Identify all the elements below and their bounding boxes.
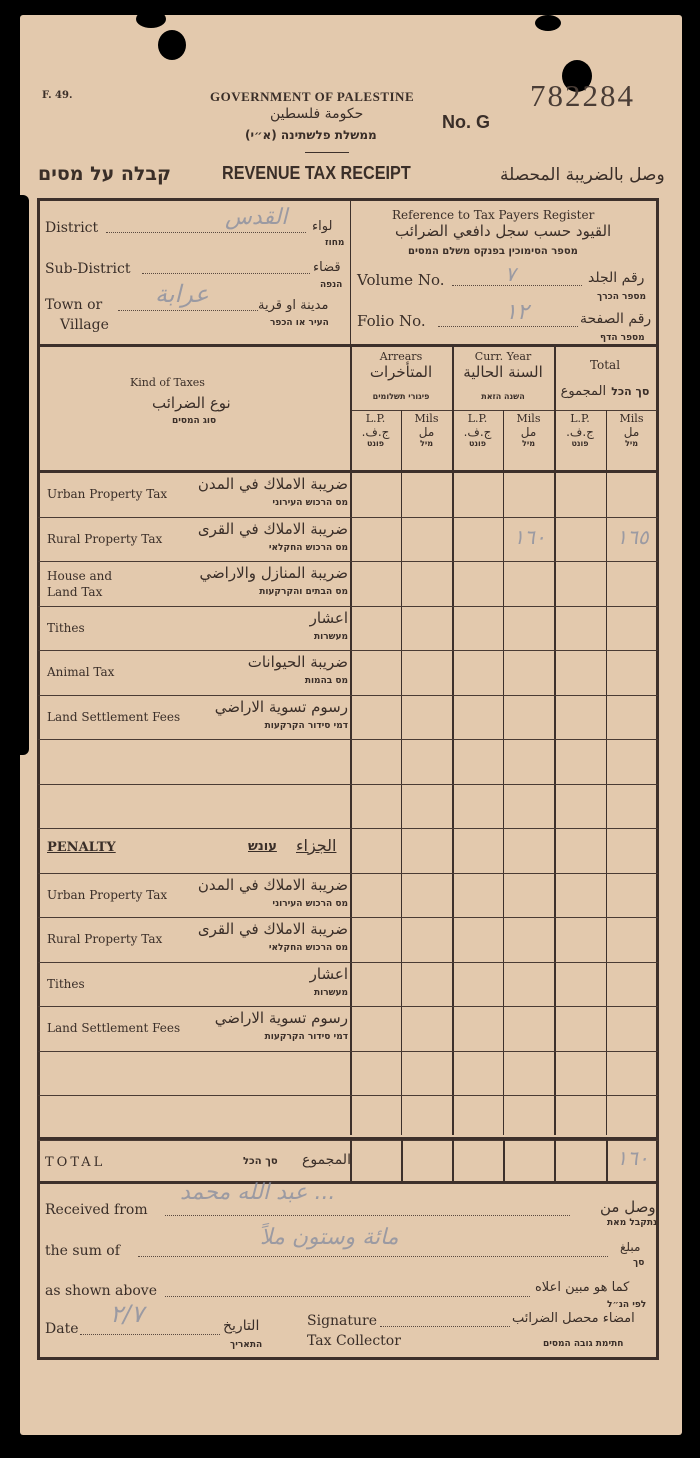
title-he: קבלה על מסים [38,163,171,185]
amount-cell[interactable] [558,658,604,688]
amount-cell[interactable] [507,1014,552,1044]
row-label-ar: ضريبة الاملاك في القرى [198,520,348,538]
sub-col-he: מיל [503,439,554,448]
table-row: Tithesاعشارמעשרות [38,606,658,651]
row-label-he: מעשרות [314,988,348,998]
sum-of-ar: مبلغ [620,1240,640,1254]
total-en: Total [555,358,655,372]
amount-cell[interactable] [507,1059,552,1089]
amount-cell[interactable] [405,480,450,510]
penalty-en: PENALTY [47,840,116,855]
sub-col-ar: مل [401,425,452,439]
amount-cell[interactable] [456,525,501,555]
amount-cell[interactable] [405,881,450,911]
government-en: GOVERNMENT OF PALESTINE [210,89,414,105]
amount-cell[interactable] [558,525,604,555]
town-he: העיר או הכפר [270,318,329,328]
folio-he: מספר הדף [600,333,645,343]
district-field[interactable] [106,232,306,233]
divider [38,344,658,347]
total-he: סך הכל [611,385,649,398]
row-label-en: Land Settlement Fees [47,1021,180,1035]
amount-cell[interactable] [354,480,399,510]
table-row: Urban Property Taxضريبة الاملاك في المدن… [38,472,658,517]
penalty-ar: الجزاء [296,836,336,855]
amount-cell[interactable] [507,569,552,599]
amount-cell[interactable] [456,970,501,1000]
divider [554,1137,556,1181]
kind-of-taxes-he: סוג המסים [172,416,216,426]
amount-cell[interactable] [354,792,399,822]
amount-cell[interactable] [456,1103,501,1133]
amount-cell[interactable] [610,792,655,822]
date-ar: التاريخ [223,1318,259,1334]
sub-col-ar: مل [606,425,657,439]
row-label-en: Tithes [47,621,85,635]
divider [503,1137,505,1181]
volume-ar: رقم الجلد [588,270,644,286]
district-label: District [45,220,98,236]
amount-cell[interactable] [354,1014,399,1044]
town-label-2: Village [60,317,109,333]
amount-cell[interactable] [558,703,604,733]
table-row: Land Settlement Feesرسوم تسوية الاراضيדמ… [38,1006,658,1051]
received-from-value: عبد الله محمد ... [180,1180,335,1205]
row-label-en: House and [47,569,112,583]
amount-cell[interactable] [354,703,399,733]
title-ar: وصل بالضريبة المحصلة [500,165,665,185]
amount-cell[interactable] [456,1014,501,1044]
received-from-ar: وصل من [600,1198,656,1216]
amount-cell[interactable] [456,881,501,911]
received-from-field[interactable] [165,1215,570,1216]
row-label-ar: ضريبة الاملاك في القرى [198,920,348,938]
amount-cell[interactable] [610,658,655,688]
government-ar: حكومة فلسطين [270,106,363,122]
kind-of-taxes-en: Kind of Taxes [130,376,205,389]
tax-collector-label: Tax Collector [307,1333,401,1349]
register-title-he: מספר הסימוכין בפנקס משלם המסים [408,246,578,257]
kind-of-taxes-ar: نوع الضرائب [152,394,231,412]
arrears-en: Arrears [352,350,450,363]
district-ar: لواء [312,219,332,234]
amount-cell[interactable] [507,925,552,955]
date-he: התאריך [230,1340,262,1350]
sub-col-he: מיל [401,439,452,448]
amount-cell[interactable] [558,747,604,777]
amount-cell[interactable] [354,925,399,955]
amount-cell[interactable] [405,703,450,733]
amount-cell[interactable] [558,480,604,510]
district-he: מחוז [325,238,344,248]
column-header-lp: L.P.ج.ف.פונט [452,412,503,448]
table-row [38,739,658,784]
received-from-label: Received from [45,1202,148,1218]
signature-field[interactable] [380,1326,510,1327]
folio-ar: رقم الصفحة [580,311,651,327]
volume-he: מספר הכרך [597,292,646,302]
row-label-ar: اعشار [310,965,348,983]
amount-cell[interactable] [558,925,604,955]
sub-col-en: Mils [503,412,554,425]
row-label-en: Urban Property Tax [47,487,167,501]
divider [38,828,658,829]
amount-cell[interactable] [456,792,501,822]
total-amount-cell[interactable]: ١٦٠ [610,1146,655,1170]
amount-cell[interactable] [558,1103,604,1133]
column-header-mils: Milsملמיל [401,412,452,448]
amount-cell[interactable] [405,1014,450,1044]
amount-cell[interactable] [456,658,501,688]
amount-cell[interactable]: ١٦٥ [610,525,655,555]
amount-cell[interactable] [405,792,450,822]
amount-cell[interactable] [610,614,655,644]
row-label-ar: ضريبة المنازل والاراضي [199,564,348,582]
row-label-ar: ضريبة الاملاك في المدن [198,876,348,894]
amount-cell[interactable] [456,480,501,510]
as-shown-ar: كما هو مبين اعلاه [535,1280,629,1295]
town-ar: مدينة او قرية [258,298,328,313]
divider [350,200,351,345]
sum-of-he: סך [633,1258,644,1268]
total-row-en: TOTAL [45,1155,105,1170]
row-label-he: מס הרכוש החקלאי [269,543,348,553]
row-label-ar: اعشار [310,609,348,627]
amount-cell[interactable] [558,881,604,911]
serial-number: 782284 [530,78,635,114]
table-row: Rural Property Taxضريبة الاملاك في القرى… [38,517,658,562]
amount-cell[interactable] [354,614,399,644]
sub-district-label: Sub-District [45,261,130,277]
town-value: عرابة [155,280,209,308]
table-row: Rural Property Taxضريبة الاملاك في القرى… [38,917,658,962]
sub-col-ar: ج.ف. [554,425,606,439]
sub-col-ar: مل [503,425,554,439]
series-label: No. G [442,112,490,133]
sub-col-en: Mils [401,412,452,425]
amount-cell[interactable] [507,480,552,510]
title-en: REVENUE TAX RECEIPT [222,163,411,184]
punch-hole [136,10,166,28]
sub-col-en: Mils [606,412,657,425]
divider [401,1137,403,1181]
row-label-en: Tithes [47,977,85,991]
amount-cell[interactable] [558,970,604,1000]
sub-col-en: L.P. [452,412,503,425]
column-header-lp: L.P.ج.ف.פונט [350,412,401,448]
amount-cell[interactable] [405,1059,450,1089]
amount-cell[interactable] [405,614,450,644]
sub-district-field[interactable] [142,273,310,274]
row-label-en: Urban Property Tax [47,888,167,902]
column-header-lp: L.P.ج.ف.פונט [554,412,606,448]
amount-cell[interactable] [558,1059,604,1089]
volume-field[interactable] [452,285,582,286]
table-row: Tithesاعشارמעשרות [38,962,658,1007]
as-shown-he: לפי הנ״ל [607,1300,646,1310]
sub-col-en: L.P. [554,412,606,425]
sub-col-ar: ج.ف. [350,425,401,439]
table-row [38,1051,658,1096]
amount-cell[interactable] [405,747,450,777]
folio-field[interactable] [438,326,578,327]
folio-label: Folio No. [357,312,426,330]
sub-district-ar: قضاء [313,260,341,275]
row-label-he: מס הבתים והקרקעות [259,587,348,597]
amount-cell[interactable] [558,614,604,644]
row-label-en: Land Tax [47,585,102,599]
signature-label: Signature [307,1313,377,1329]
government-he: ממשלת פלשתינה (א״י) [245,128,377,142]
divider [38,1137,658,1140]
row-label-ar: ضريبة الاملاك في المدن [198,475,348,493]
curr-year-en: Curr. Year [454,350,552,363]
total-ar-he: סך הכל المجموع [555,380,655,399]
amount-cell[interactable] [610,1059,655,1089]
total-row-he: סך הכל [243,1156,278,1167]
amount-cell[interactable] [558,792,604,822]
amount-cell[interactable] [610,970,655,1000]
amount-cell[interactable] [610,569,655,599]
form-number: F. 49. [42,90,72,101]
register-title-ar: القيود حسب سجل دافعي الضرائب [395,222,611,240]
amount-cell[interactable] [405,925,450,955]
amount-cell[interactable] [610,747,655,777]
divider [606,1137,608,1181]
amount-cell[interactable] [507,614,552,644]
sub-col-ar: ج.ف. [452,425,503,439]
row-label-ar: ضريبة الحيوانات [248,653,348,671]
amount-cell[interactable] [354,970,399,1000]
volume-label: Volume No. [357,271,444,289]
amount-cell[interactable] [354,525,399,555]
amount-cell[interactable] [456,614,501,644]
sub-col-he: פונט [350,439,401,448]
date-field[interactable] [80,1334,220,1335]
table-row [38,784,658,829]
row-label-he: דמי סידור הקרקעות [265,1032,348,1042]
amount-cell[interactable] [610,925,655,955]
arrears-he: פיגורי תשלומים [352,392,450,401]
divider [305,152,349,153]
date-label: Date [45,1321,78,1337]
sub-district-he: הנפה [320,280,342,290]
amount-cell[interactable] [507,970,552,1000]
amount-cell[interactable] [610,881,655,911]
amount-cell[interactable] [405,569,450,599]
date-value: ٢/٧ [110,1300,144,1328]
amount-cell[interactable] [354,881,399,911]
total-row-ar: المجموع [302,1152,351,1168]
amount-cell[interactable] [610,480,655,510]
amount-cell[interactable] [507,747,552,777]
row-label-en: Rural Property Tax [47,932,162,946]
amount-cell[interactable] [507,703,552,733]
amount-cell[interactable] [354,658,399,688]
signature-he: חתימת גובה המסים [543,1339,623,1349]
amount-cell[interactable] [354,1103,399,1133]
divider [38,1181,658,1184]
received-from-he: נתקבל מאת [607,1218,657,1228]
as-shown-line [165,1296,530,1297]
amount-cell[interactable] [456,703,501,733]
amount-cell[interactable] [405,525,450,555]
curr-year-ar: السنة الحالية [454,363,552,381]
table-row: Land Settlement Feesرسوم تسوية الاراضيדמ… [38,695,658,740]
amount-cell[interactable] [558,569,604,599]
amount-cell[interactable] [507,658,552,688]
divider [452,1137,454,1181]
amount-cell[interactable] [456,569,501,599]
row-label-en: Rural Property Tax [47,532,162,546]
row-label-en: Land Settlement Fees [47,710,180,724]
amount-cell[interactable] [354,747,399,777]
row-label-he: מס הרכוש החקלאי [269,943,348,953]
amount-cell[interactable] [405,658,450,688]
as-shown-label: as shown above [45,1283,157,1299]
district-value: القدس [225,205,287,230]
sum-of-field[interactable] [138,1256,608,1257]
sub-col-he: מיל [606,439,657,448]
arrears-ar: المتأخرات [352,363,450,381]
row-label-he: מס הרכוש העירוני [272,498,348,508]
table-row [38,1095,658,1140]
sub-col-he: פונט [554,439,606,448]
sum-of-label: the sum of [45,1243,120,1259]
register-title-en: Reference to Tax Payers Register [392,208,594,222]
amount-cell[interactable] [354,1059,399,1089]
column-header-mils: Milsملמיל [606,412,657,448]
amount-cell[interactable] [405,1103,450,1133]
amount-cell[interactable] [507,792,552,822]
row-label-ar: رسوم تسوية الاراضي [215,1009,348,1027]
row-label-he: מס הרכוש העירוני [272,899,348,909]
amount-cell[interactable] [558,1014,604,1044]
sub-col-he: פונט [452,439,503,448]
row-label-he: מס בהמות [305,676,348,686]
total-ar: المجموع [561,384,606,399]
row-label-he: מעשרות [314,632,348,642]
town-label-1: Town or [45,297,102,313]
curr-year-he: השנה הזאת [454,392,552,401]
signature-ar: امضاء محصل الضرائب [512,1311,635,1326]
amount-cell[interactable] [507,881,552,911]
row-label-en: Animal Tax [47,665,114,679]
punch-hole [158,30,186,60]
volume-value: ٧ [505,262,516,286]
column-header-mils: Milsملמיל [503,412,554,448]
punch-hole [535,15,561,31]
sum-of-value: مائة وستون ملاً [260,1225,399,1250]
amount-cell[interactable] [456,1059,501,1089]
table-row: House andLand Taxضريبة المنازل والاراضيמ… [38,561,658,606]
amount-cell[interactable] [610,1014,655,1044]
table-row: Urban Property Taxضريبة الاملاك في المدن… [38,873,658,918]
amount-cell[interactable] [405,970,450,1000]
amount-cell[interactable] [610,1103,655,1133]
row-label-he: דמי סידור הקרקעות [265,721,348,731]
town-field[interactable] [118,310,258,311]
sub-col-en: L.P. [350,412,401,425]
amount-cell[interactable] [354,569,399,599]
folio-value: ١٢ [505,300,529,325]
amount-cell[interactable] [456,747,501,777]
penalty-he: עונש [248,839,277,854]
table-row: Animal Taxضريبة الحيواناتמס בהמות [38,650,658,695]
amount-cell[interactable]: ١٦٠ [507,525,552,555]
row-label-ar: رسوم تسوية الاراضي [215,698,348,716]
amount-cell[interactable] [610,703,655,733]
amount-cell[interactable] [507,1103,552,1133]
amount-cell[interactable] [456,925,501,955]
